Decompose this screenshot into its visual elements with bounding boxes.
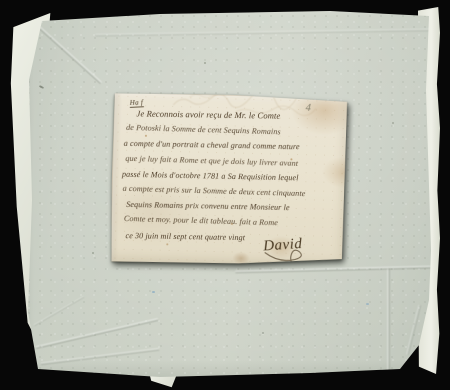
fold-crease-top-left — [38, 26, 102, 84]
paper-speck — [39, 85, 44, 89]
photo-backdrop: Ha f 4 Je Reconnois avoir reçu de Mr. le… — [0, 0, 450, 390]
receipt-note: Ha f 4 Je Reconnois avoir reçu de Mr. le… — [110, 92, 348, 268]
paper-speck — [145, 135, 147, 137]
paper-speck — [204, 62, 206, 64]
paper-speck — [392, 122, 394, 124]
fold-crease-top — [95, 28, 430, 36]
paper-speck — [92, 252, 94, 254]
fold-crease-bottom-left-1 — [35, 318, 158, 349]
paper-speck — [366, 303, 369, 305]
fold-crease-bottom-left-3 — [33, 296, 84, 327]
fold-crease-vertical-right — [387, 268, 390, 372]
paper-speck — [290, 158, 292, 160]
paper-speck — [262, 332, 264, 334]
fold-crease-bottom-left-2 — [40, 348, 159, 366]
manuscript-text: Je Reconnois avoir reçu de Mr. le Comte … — [120, 105, 339, 247]
manuscript-line: ce 30 juin mil sept cent quatre vingt — [120, 227, 336, 246]
paper-speck — [231, 223, 233, 225]
paper-speck — [152, 291, 155, 293]
paper-speck — [166, 243, 168, 245]
receipt-note-paper: Ha f 4 Je Reconnois avoir reçu de Mr. le… — [110, 92, 348, 268]
